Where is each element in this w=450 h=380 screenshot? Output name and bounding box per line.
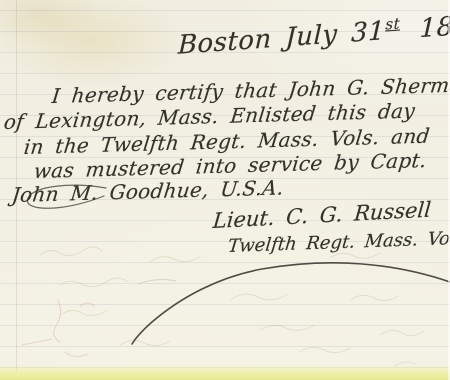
pencil-mark: [138, 280, 176, 284]
dateline-place-day: Boston July 31: [177, 16, 385, 61]
dateline-year: 1861: [419, 9, 450, 44]
dateline-ordinal: st: [385, 14, 400, 33]
dateline: Boston July 31st 1861: [177, 8, 450, 60]
scanned-document-paper: Boston July 31st 1861 I hereby certify t…: [0, 0, 450, 380]
signature-regiment-line: Twelfth Regt. Mass. Vols.: [227, 227, 450, 257]
signature-name-line: Lieut. C. G. Russell: [212, 198, 432, 234]
signature-flourish: [132, 263, 450, 344]
red-bleedthrough-marks: [22, 300, 94, 357]
bottom-edge-band: [0, 364, 450, 380]
